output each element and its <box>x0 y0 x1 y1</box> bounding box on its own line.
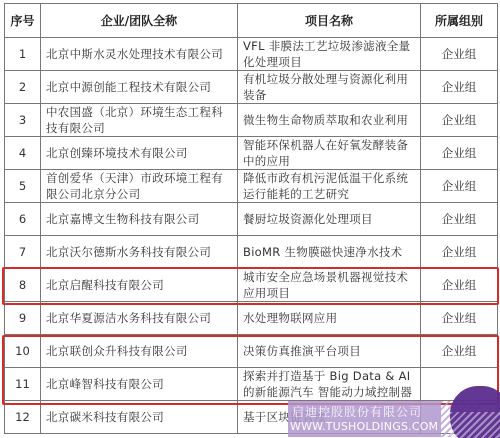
project-name: 决策仿真推演平台项目 <box>238 335 421 368</box>
table-header-row: 序号 企业/团队全称 项目名称 所属组别 <box>5 4 498 38</box>
row-index: 1 <box>5 38 41 71</box>
table-row: 8 北京启醒科技有限公司 城市安全应急场景机器视觉技术应用项目 企业组 <box>5 269 498 302</box>
table-row: 11 北京峰智科技有限公司 探索并打造基于 Big Data & AI 的新能源… <box>5 368 498 401</box>
header-project: 项目名称 <box>238 4 421 38</box>
company-name: 北京峰智科技有限公司 <box>41 368 238 401</box>
group-name: 企业组 <box>421 170 498 203</box>
table-row: 1 北京中斯水灵水处理技术有限公司 VFL 非膜法工艺垃圾渗滤液全量化处理项目 … <box>5 38 498 71</box>
row-index: 4 <box>5 137 41 170</box>
row-index: 6 <box>5 203 41 236</box>
header-index: 序号 <box>5 4 41 38</box>
row-index: 2 <box>5 71 41 104</box>
table-row: 5 首创爱华（天津）市政环境工程有限公司北京分公司 降低市政有机污泥低温干化系统… <box>5 170 498 203</box>
project-name: 有机垃圾分散处理与资源化利用装备 <box>238 71 421 104</box>
group-name: 企业组 <box>421 203 498 236</box>
project-name: 微生物生命物质萃取和农业利用 <box>238 104 421 137</box>
project-name: BioMR 生物膜磁快速净水技术 <box>238 236 421 269</box>
company-name: 中农国盛（北京）环境生态工程科技有限公司 <box>41 104 238 137</box>
row-index: 9 <box>5 302 41 335</box>
company-name: 北京中源创能工程技术有限公司 <box>41 71 238 104</box>
watermark-url: WWW.TUSHOLDINGS.COM <box>290 420 438 433</box>
watermark-company: 启迪控股股份有限公司 <box>292 403 422 420</box>
row-index: 8 <box>5 269 41 302</box>
company-name: 北京华夏源洁水务科技有限公司 <box>41 302 238 335</box>
company-name: 北京中斯水灵水处理技术有限公司 <box>41 38 238 71</box>
company-name: 首创爱华（天津）市政环境工程有限公司北京分公司 <box>41 170 238 203</box>
row-index: 5 <box>5 170 41 203</box>
project-name: 降低市政有机污泥低温干化系统运行能耗的工艺研究 <box>238 170 421 203</box>
company-name: 北京创臻环境技术有限公司 <box>41 137 238 170</box>
project-name: 水处理物联网应用 <box>238 302 421 335</box>
row-index: 12 <box>5 401 41 434</box>
group-name: 企业组 <box>421 38 498 71</box>
company-name: 北京沃尔德斯水务科技有限公司 <box>41 236 238 269</box>
brand-leaf-hatch <box>450 412 500 438</box>
table-row: 6 北京嘉博文生物科技有限公司 餐厨垃圾资源化处理项目 企业组 <box>5 203 498 236</box>
group-name: 企业组 <box>421 236 498 269</box>
table-row: 9 北京华夏源洁水务科技有限公司 水处理物联网应用 企业组 <box>5 302 498 335</box>
company-name: 北京碳米科技有限公司 <box>41 401 238 434</box>
row-index: 10 <box>5 335 41 368</box>
project-name: 探索并打造基于 Big Data & AI 的新能源汽车 智能动力域控制器 <box>238 368 421 401</box>
company-name: 北京联创众升科技有限公司 <box>41 335 238 368</box>
row-index: 11 <box>5 368 41 401</box>
project-name: VFL 非膜法工艺垃圾渗滤液全量化处理项目 <box>238 38 421 71</box>
row-index: 7 <box>5 236 41 269</box>
project-name: 智能环保机器人在好氧发酵装备中的应用 <box>238 137 421 170</box>
table-row: 4 北京创臻环境技术有限公司 智能环保机器人在好氧发酵装备中的应用 企业组 <box>5 137 498 170</box>
company-name: 北京嘉博文生物科技有限公司 <box>41 203 238 236</box>
row-index: 3 <box>5 104 41 137</box>
group-name: 企业组 <box>421 335 498 368</box>
award-table: 序号 企业/团队全称 项目名称 所属组别 1 北京中斯水灵水处理技术有限公司 V… <box>4 3 498 434</box>
group-name: 企业组 <box>421 302 498 335</box>
header-company: 企业/团队全称 <box>41 4 238 38</box>
group-name: 企业组 <box>421 137 498 170</box>
company-name: 北京启醒科技有限公司 <box>41 269 238 302</box>
table-row: 7 北京沃尔德斯水务科技有限公司 BioMR 生物膜磁快速净水技术 企业组 <box>5 236 498 269</box>
table-row: 2 北京中源创能工程技术有限公司 有机垃圾分散处理与资源化利用装备 企业组 <box>5 71 498 104</box>
table-row: 10 北京联创众升科技有限公司 决策仿真推演平台项目 企业组 <box>5 335 498 368</box>
table-row: 3 中农国盛（北京）环境生态工程科技有限公司 微生物生命物质萃取和农业利用 企业… <box>5 104 498 137</box>
project-name: 餐厨垃圾资源化处理项目 <box>238 203 421 236</box>
group-name: 企业组 <box>421 269 498 302</box>
group-name: 企业组 <box>421 71 498 104</box>
header-group: 所属组别 <box>421 4 498 38</box>
group-name: 企业组 <box>421 104 498 137</box>
project-name: 城市安全应急场景机器视觉技术应用项目 <box>238 269 421 302</box>
